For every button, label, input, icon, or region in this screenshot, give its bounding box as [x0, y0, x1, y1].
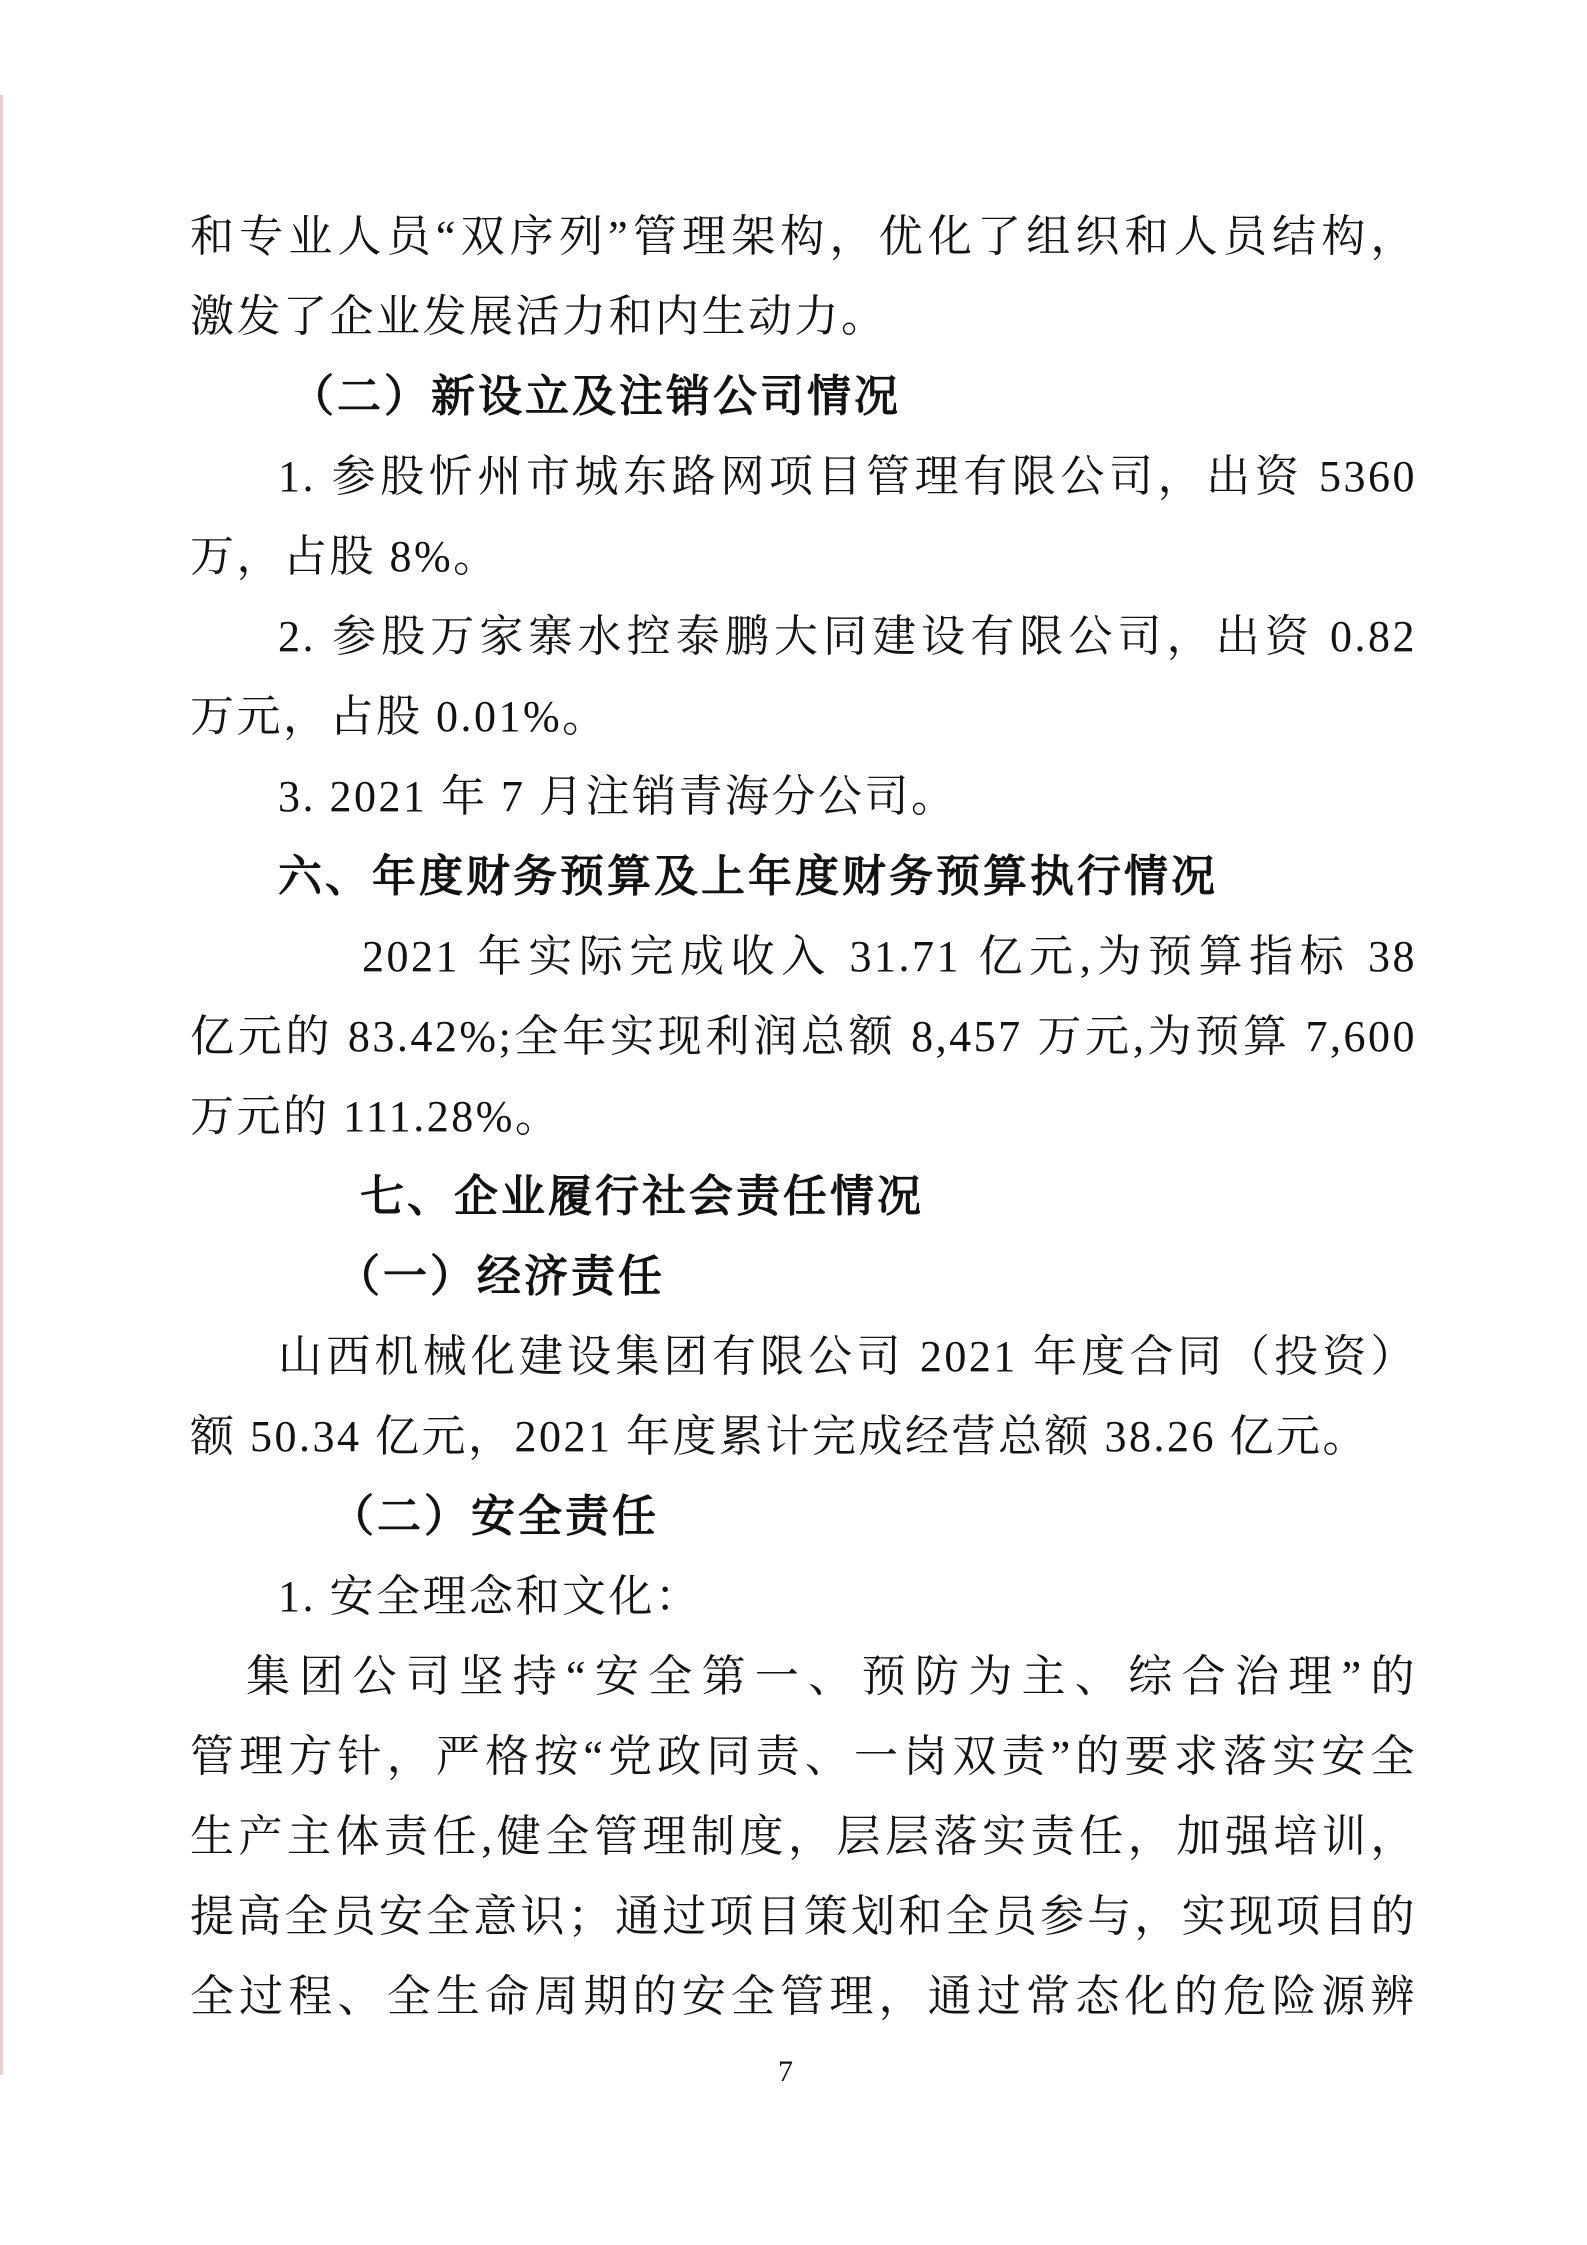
text-line: 激发了企业发展活力和内生动力。 — [190, 277, 1417, 357]
text-line: 和专业人员“双序列”管理架构，优化了组织和人员结构， — [190, 197, 1417, 277]
text-line: 全过程、全生命周期的安全管理，通过常态化的危险源辨识、 — [190, 1957, 1417, 2037]
text-line: 额 50.34 亿元，2021 年度累计完成经营总额 38.26 亿元。 — [190, 1397, 1417, 1477]
heading-line: 七、企业履行社会责任情况 — [360, 1157, 1417, 1237]
text-line: 管理方针，严格按“党政同责、一岗双责”的要求落实安全 — [190, 1717, 1417, 1797]
text-line: 万，占股 8%。 — [190, 517, 1417, 597]
heading-line: （一）经济责任 — [336, 1237, 1417, 1317]
text-line: 2021 年实际完成收入 31.71 亿元,为预算指标 38 — [362, 917, 1417, 997]
text-line: 万元，占股 0.01%。 — [190, 677, 1417, 757]
page-number: 7 — [0, 2042, 1571, 2102]
text-line: 万元的 111.28%。 — [190, 1077, 1417, 1157]
text-line: 生产主体责任,健全管理制度，层层落实责任，加强培训， — [190, 1797, 1417, 1877]
text-line: 3. 2021 年 7 月注销青海分公司。 — [278, 757, 1417, 837]
heading-line: 六、年度财务预算及上年度财务预算执行情况 — [278, 837, 1417, 917]
text-line: 1. 安全理念和文化： — [278, 1557, 1417, 1637]
text-line: 集团公司坚持“安全第一、预防为主、综合治理”的 — [246, 1637, 1417, 1717]
document-page: 和专业人员“双序列”管理架构，优化了组织和人员结构，激发了企业发展活力和内生动力… — [0, 0, 1587, 2245]
heading-line: （二）新设立及注销公司情况 — [290, 357, 1417, 437]
text-line: 山西机械化建设集团有限公司 2021 年度合同（投资） — [278, 1317, 1417, 1397]
document-body: 和专业人员“双序列”管理架构，优化了组织和人员结构，激发了企业发展活力和内生动力… — [190, 197, 1417, 2037]
text-line: 提高全员安全意识；通过项目策划和全员参与，实现项目的 — [190, 1877, 1417, 1957]
scan-artifact — [0, 95, 3, 2075]
text-line: 1. 参股忻州市城东路网项目管理有限公司，出资 5360 — [278, 437, 1417, 517]
text-line: 亿元的 83.42%;全年实现利润总额 8,457 万元,为预算 7,600 — [190, 997, 1417, 1077]
heading-line: （二）安全责任 — [330, 1477, 1417, 1557]
text-line: 2. 参股万家寨水控泰鹏大同建设有限公司，出资 0.82 — [278, 597, 1417, 677]
